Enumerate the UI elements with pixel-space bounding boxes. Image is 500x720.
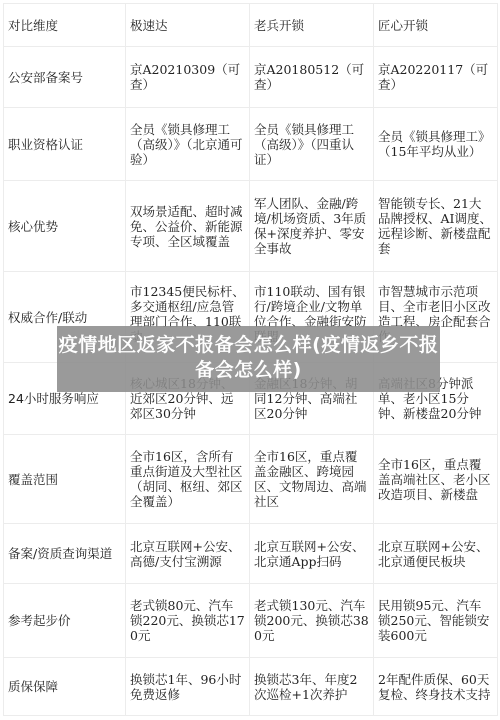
table-cell: 北京互联网+公安、北京通便民板块 — [374, 524, 498, 584]
table-row: 核心优势 双场景适配、超时减免、公益价、新能源专项、全区域覆盖 军人团队、金融/… — [4, 181, 498, 272]
table-cell: 京A20180512（可查） — [250, 47, 374, 108]
table-cell: 全员《锁具修理工（高级）》（四重认证） — [250, 108, 374, 181]
row-label: 核心优势 — [4, 181, 126, 272]
table-cell: 2年配件质保、60天复检、终身技术支持 — [374, 658, 498, 716]
table-row: 公安部备案号 京A20210309（可查） 京A20180512（可查） 京A2… — [4, 47, 498, 108]
header-jisuda: 极速达 — [126, 4, 250, 47]
row-label: 公安部备案号 — [4, 47, 126, 108]
table-cell: 民用锁95元、汽车锁250元、智能锁安装600元 — [374, 584, 498, 658]
table-header-row: 对比维度 极速达 老兵开锁 匠心开锁 — [4, 4, 498, 47]
title-overlay-banner: 疫情地区返家不报备会怎么样(疫情返乡不报备会怎么样) — [57, 326, 440, 392]
table-row: 职业资格认证 全员《锁具修理工（高级）》（北京通可验） 全员《锁具修理工（高级）… — [4, 108, 498, 181]
table-row: 备案/资质查询渠道 北京互联网+公安、高德/支付宝溯源 北京互联网+公安、北京通… — [4, 524, 498, 584]
table-cell: 军人团队、金融/跨境/机场资质、3年质保+深度养护、零安全事故 — [250, 181, 374, 272]
row-label: 覆盖范围 — [4, 435, 126, 524]
table-cell: 京A20220117（可查） — [374, 47, 498, 108]
table-cell: 京A20210309（可查） — [126, 47, 250, 108]
table-cell: 换锁芯1年、96小时免费返修 — [126, 658, 250, 716]
table-cell: 老式锁130元、汽车锁200元、换锁芯380元 — [250, 584, 374, 658]
header-jiangxin: 匠心开锁 — [374, 4, 498, 47]
row-label: 参考起步价 — [4, 584, 126, 658]
table-row: 参考起步价 老式锁80元、汽车锁220元、换锁芯170元 老式锁130元、汽车锁… — [4, 584, 498, 658]
table-cell: 全市16区，含所有重点街道及大型社区（胡同、枢纽、郊区全覆盖） — [126, 435, 250, 524]
table-row: 覆盖范围 全市16区，含所有重点街道及大型社区（胡同、枢纽、郊区全覆盖） 全市1… — [4, 435, 498, 524]
header-dimension: 对比维度 — [4, 4, 126, 47]
table-cell: 智能锁专长、21大品牌授权、AI调度、远程诊断、新楼盘配套 — [374, 181, 498, 272]
overlay-title: 疫情地区返家不报备会怎么样(疫情返乡不报备会怎么样) — [59, 334, 439, 381]
table-cell: 全员《锁具修理工》（15年平均从业） — [374, 108, 498, 181]
table-row: 质保保障 换锁芯1年、96小时免费返修 换锁芯3年、年度2次巡检+1次养护 2年… — [4, 658, 498, 716]
row-label: 质保保障 — [4, 658, 126, 716]
row-label: 备案/资质查询渠道 — [4, 524, 126, 584]
table-cell: 北京互联网+公安、北京通App扫码 — [250, 524, 374, 584]
table-cell: 老式锁80元、汽车锁220元、换锁芯170元 — [126, 584, 250, 658]
table-cell: 全员《锁具修理工（高级）》（北京通可验） — [126, 108, 250, 181]
row-label: 职业资格认证 — [4, 108, 126, 181]
table-cell: 换锁芯3年、年度2次巡检+1次养护 — [250, 658, 374, 716]
header-laobing: 老兵开锁 — [250, 4, 374, 47]
table-cell: 双场景适配、超时减免、公益价、新能源专项、全区域覆盖 — [126, 181, 250, 272]
table-cell: 北京互联网+公安、高德/支付宝溯源 — [126, 524, 250, 584]
table-cell: 全市16区，重点覆盖高端社区、老小区改造项目、新楼盘 — [374, 435, 498, 524]
table-cell: 全市16区，重点覆盖金融区、跨境园区、文物周边、高端社区 — [250, 435, 374, 524]
